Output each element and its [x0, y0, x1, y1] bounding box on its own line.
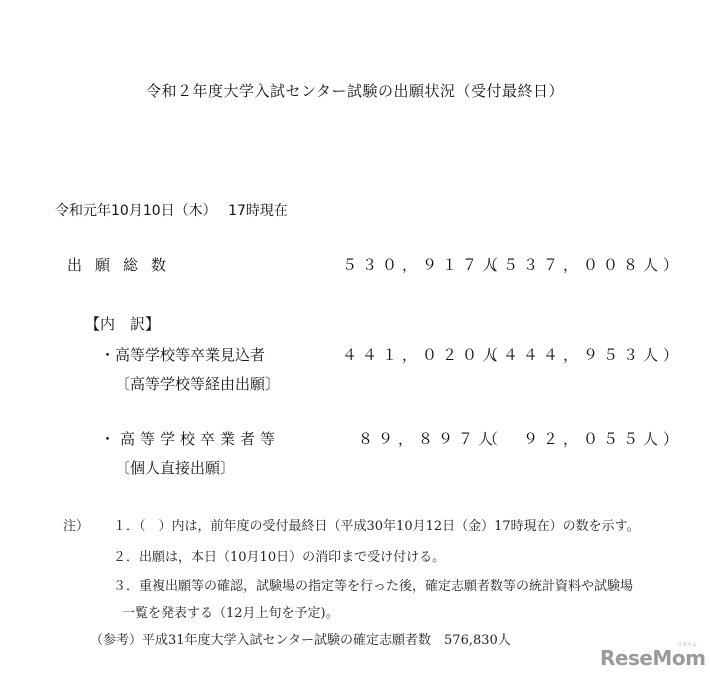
breakdown-item-sublabel: 〔個人直接出願〕	[115, 457, 235, 478]
note-item-continuation: 一覧を発表する（12月上旬を予定)。	[122, 602, 339, 621]
breakdown-item-value: ４４１，０２０人	[342, 344, 502, 365]
as-of-date: 令和元年10月10日（木） 17時現在	[55, 200, 288, 220]
total-applications-value: ５３０，９１７人	[342, 254, 502, 275]
reference-note: （参考）平成31年度大学入試センター試験の確定志願者数 576,830人	[90, 629, 511, 648]
notes-lead: 注）	[63, 515, 89, 534]
breakdown-item-previous: （４４４，９５３人）	[483, 344, 683, 365]
breakdown-item-previous: （ ９２，０５５人）	[483, 428, 683, 449]
breakdown-item-label: ・高等学校卒業者等	[100, 428, 280, 449]
resemom-logo: ReseMom	[600, 646, 705, 670]
note-item: １．（ ）内は，前年度の受付最終日（平成30年10月12日（金）17時現在）の数…	[113, 515, 640, 534]
total-applications-previous: （５３７，００８人）	[483, 254, 683, 275]
note-item: ３．重複出願等の確認，試験場の指定等を行った後，確定志願者数等の統計資料や試験場	[113, 575, 633, 594]
breakdown-heading: 【内 訳】	[85, 313, 160, 334]
breakdown-item-value: ８９，８９７人	[358, 428, 498, 449]
breakdown-item-label: ・高等学校等卒業見込者	[100, 344, 265, 365]
total-applications-label: 出願総数	[67, 254, 179, 275]
document-title: 令和２年度大学入試センター試験の出願状況（受付最終日）	[0, 80, 710, 101]
breakdown-item-sublabel: 〔高等学校等経由出願〕	[115, 373, 280, 394]
resemom-logo-ruby: リセマム	[677, 641, 697, 648]
note-item: ２．出願は，本日（10月10日）の消印まで受け付ける。	[113, 546, 445, 565]
